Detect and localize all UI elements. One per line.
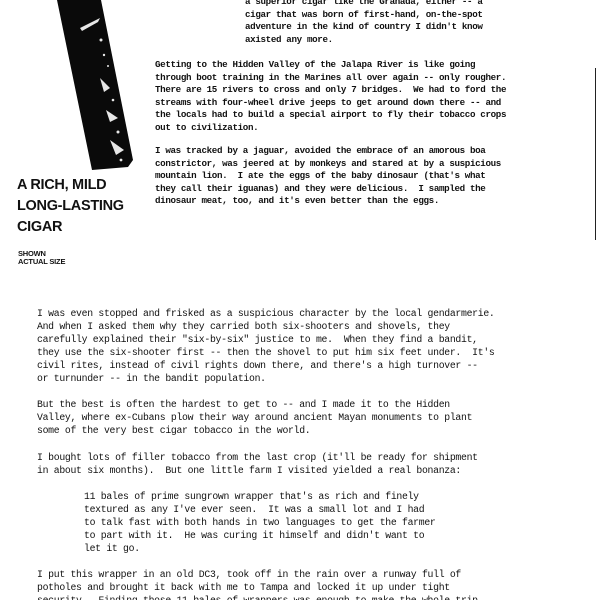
headline-line: CIGAR bbox=[17, 217, 124, 238]
filler-paragraph: I bought lots of filler tobacco from the… bbox=[37, 451, 478, 477]
wrapper-quote: 11 bales of prime sungrown wrapper that'… bbox=[84, 490, 435, 555]
headline: A RICH, MILD LONG-LASTING CIGAR bbox=[17, 175, 124, 238]
headline-line: A RICH, MILD bbox=[17, 175, 124, 196]
image-caption: SHOWN ACTUAL SIZE bbox=[18, 250, 65, 266]
best-tobacco-paragraph: But the best is often the hardest to get… bbox=[37, 398, 472, 437]
dc3-paragraph: I put this wrapper in an old DC3, took o… bbox=[37, 568, 478, 600]
margin-rule bbox=[595, 68, 596, 240]
hidden-valley-paragraph: Getting to the Hidden Valley of the Jala… bbox=[155, 59, 506, 135]
gendarmerie-paragraph: I was even stopped and frisked as a susp… bbox=[37, 307, 495, 386]
intro-paragraph: a superior cigar like the Granada, eithe… bbox=[245, 0, 483, 46]
jungle-paragraph: I was tracked by a jaguar, avoided the e… bbox=[155, 145, 501, 208]
caption-line: ACTUAL SIZE bbox=[18, 258, 65, 266]
headline-line: LONG-LASTING bbox=[17, 196, 124, 217]
